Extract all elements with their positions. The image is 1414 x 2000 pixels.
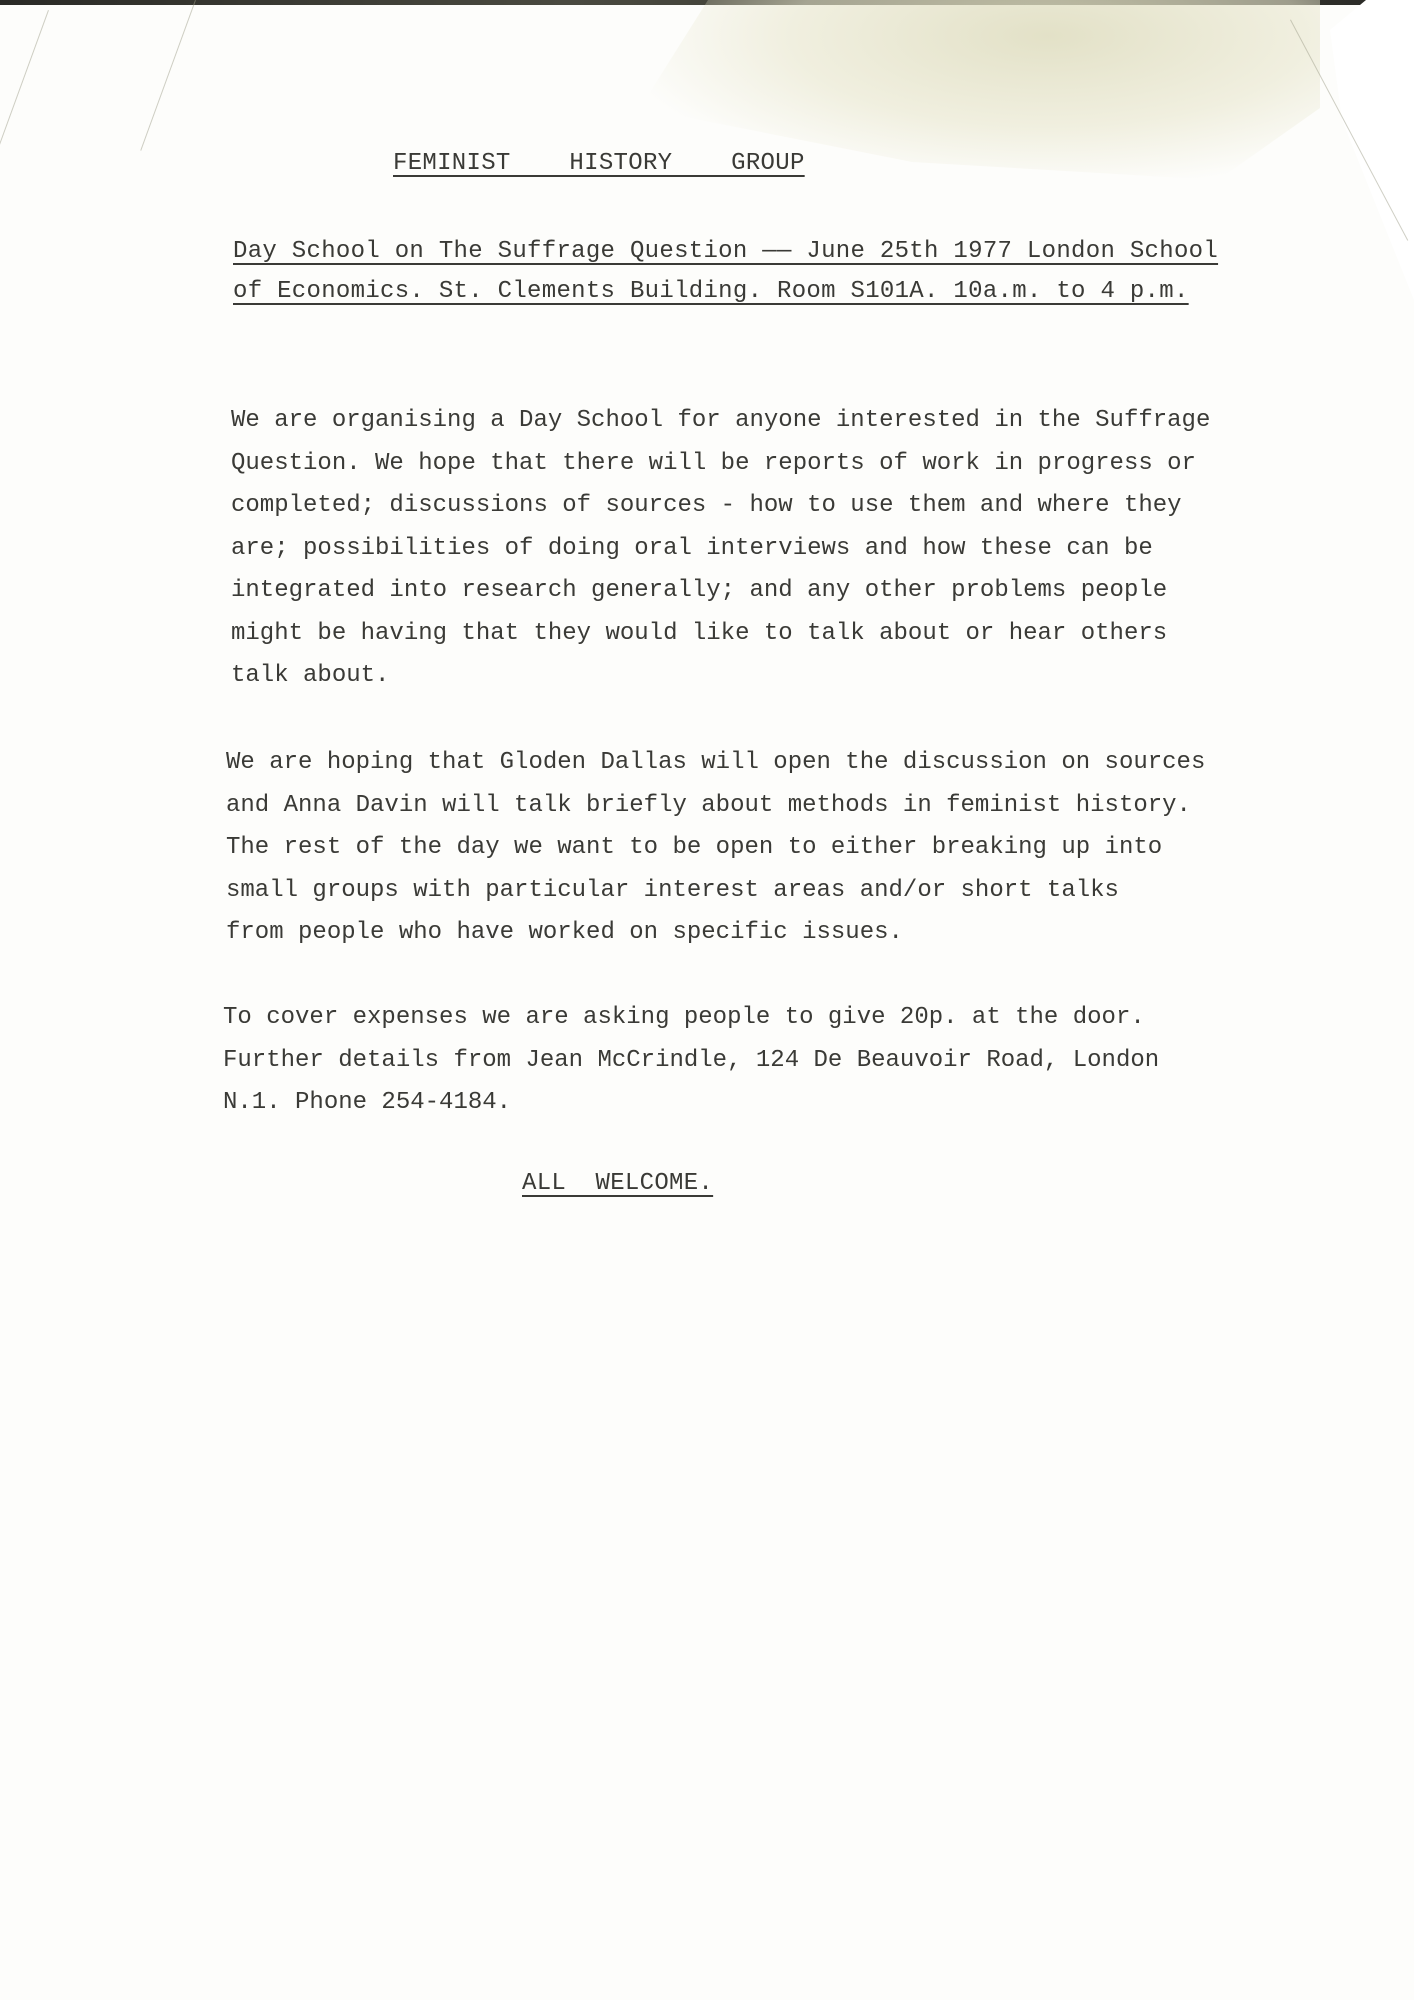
- paragraph-intro: We are organising a Day School for anyon…: [231, 400, 1231, 698]
- paragraph-contact: To cover expenses we are asking people t…: [223, 997, 1223, 1125]
- event-heading-line-1: Day School on The Suffrage Question —— J…: [233, 238, 1218, 265]
- closing-welcome: ALL WELCOME.: [522, 1170, 713, 1197]
- fold-line: [140, 0, 196, 151]
- event-heading-line-2: of Economics. St. Clements Building. Roo…: [233, 278, 1189, 305]
- paragraph-speakers: We are hoping that Gloden Dallas will op…: [226, 742, 1226, 955]
- fold-line: [0, 10, 49, 161]
- document-title: FEMINIST HISTORY GROUP: [393, 150, 805, 177]
